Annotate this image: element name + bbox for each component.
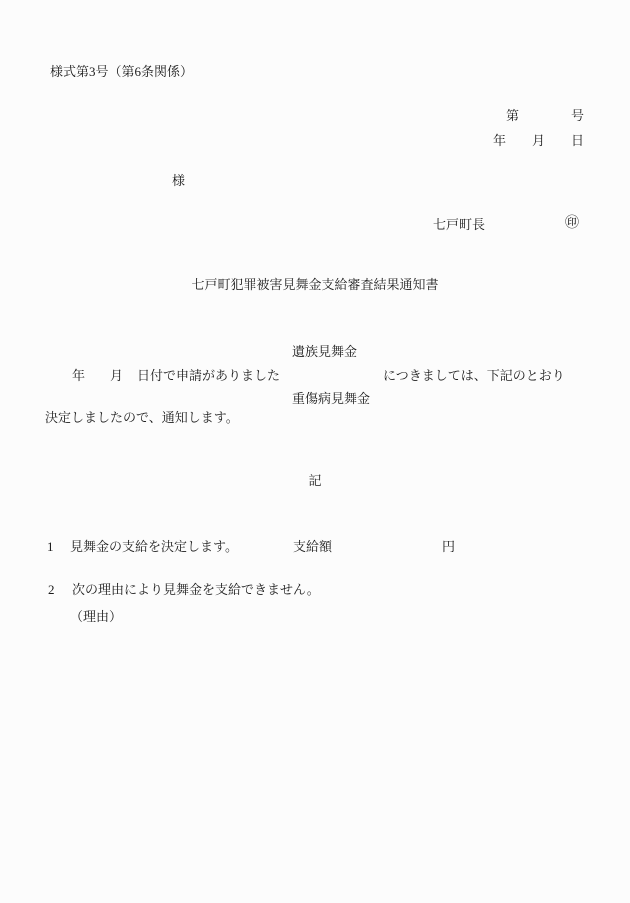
item-1-amount-label: 支給額 xyxy=(293,539,332,554)
document-title: 七戸町犯罪被害見舞金支給審査結果通知書 xyxy=(0,277,630,292)
benefit-option-serious-injury: 重傷病見舞金 xyxy=(292,391,370,406)
doc-number-line: 第 号 xyxy=(506,108,584,123)
body-decision-text: 決定しましたので、通知します。 xyxy=(45,410,239,425)
body-regarding-text: につきましては、下記のとおり xyxy=(383,368,565,383)
item-1-currency-unit: 円 xyxy=(442,539,455,554)
notice-document-page: 様式第3号（第6条関係） 第 号 年 月 日 様 七戸町長 ㊞ 七戸町犯罪被害見… xyxy=(0,0,630,903)
item-1-text: 見舞金の支給を決定します。 xyxy=(70,539,238,554)
item-2-text: 次の理由により見舞金を支給できません。 xyxy=(72,582,320,597)
item-1-number: 1 xyxy=(47,539,54,554)
body-application-text: 日付で申請がありました xyxy=(137,368,280,383)
benefit-option-survivor: 遺族見舞金 xyxy=(292,344,357,359)
seal-stamp-icon: ㊞ xyxy=(565,216,579,231)
sender-name: 七戸町長 xyxy=(433,217,485,232)
body-date-year-label: 年 xyxy=(72,368,85,383)
item-2-number: 2 xyxy=(48,582,55,597)
form-number: 様式第3号（第6条関係） xyxy=(50,64,193,79)
recipient-honorific: 様 xyxy=(172,173,185,188)
record-heading: 記 xyxy=(0,473,630,488)
issue-date-line: 年 月 日 xyxy=(493,133,584,148)
item-2-reason-label: （理由） xyxy=(70,609,122,624)
body-date-month-label: 月 xyxy=(110,368,123,383)
